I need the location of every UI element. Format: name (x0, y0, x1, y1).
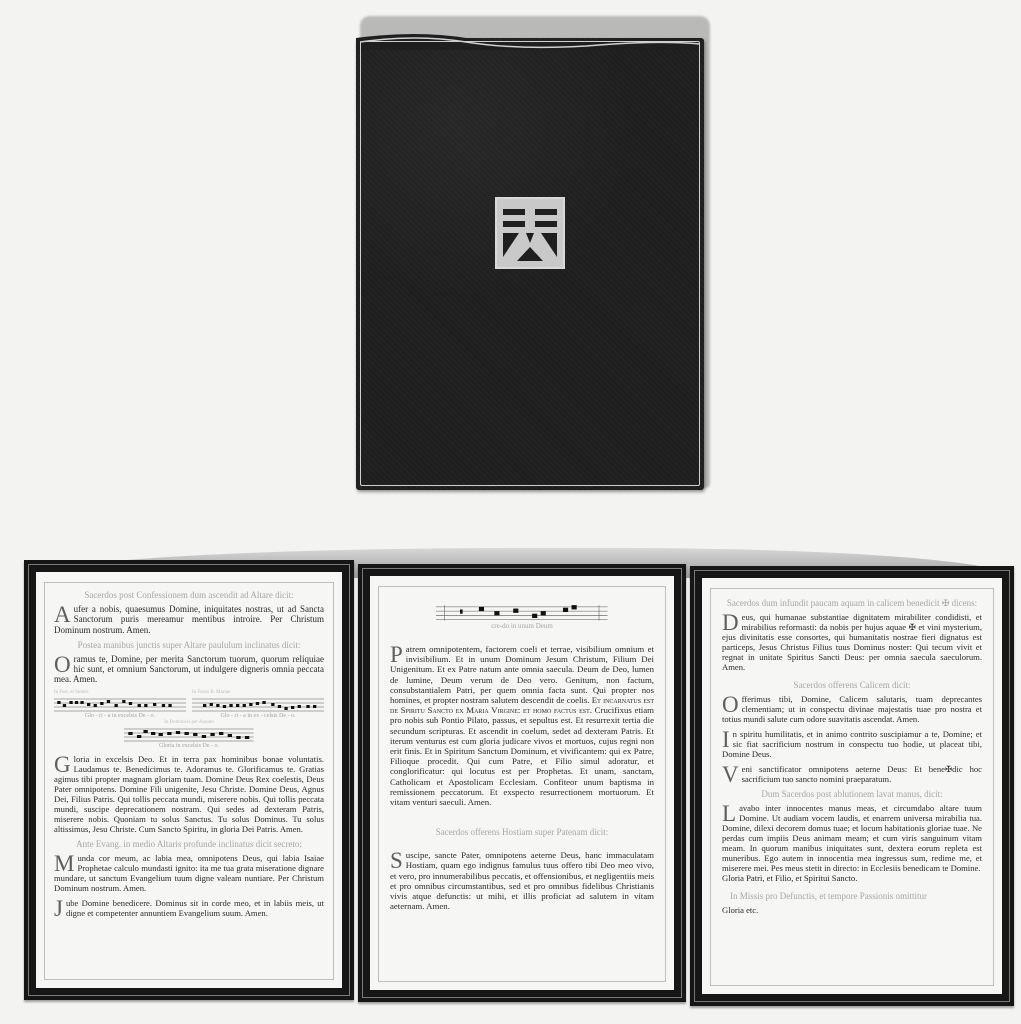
prayer-lavabo: Lavabo inter innocentes manus meas, et c… (722, 803, 982, 873)
prayer-credo: Patrem omnipotentem, factorem coeli et t… (390, 644, 654, 807)
center-panel: cre-do in unum Deum Patrem omnipotentem,… (358, 564, 686, 1002)
prayer-text: ube Domine benedicere. Dominus sit in co… (66, 898, 324, 918)
drop-cap: S (390, 851, 403, 870)
prayer-in-spiritu: In spiritu humilitatis, et in animo cont… (722, 729, 982, 759)
right-altar-card: Sacerdos dum infundit paucam aquam in ca… (702, 578, 1002, 994)
closing-text: Gloria etc. (722, 905, 982, 915)
prayer-text: unda cor meum, ac labia mea, omnipotens … (54, 853, 324, 893)
prayer-jube: Jube Domine benedicere. Dominus sit in c… (54, 898, 324, 918)
prayer-text: n spiritu humilitatis, et in animo contr… (722, 729, 982, 759)
prayer-gloria: Gloria in excelsis Deo. Et in terra pax … (54, 754, 324, 834)
credo-intonation-staff (436, 602, 608, 622)
left-altar-card: Sacerdos post Confessionem dum ascendit … (36, 572, 342, 988)
chant-staff (124, 726, 254, 742)
chant-lyric: Gloria in excelsis De - o. (124, 742, 254, 750)
credo-lyric: cre-do in unum Deum (390, 622, 654, 630)
prayer-text: ufer a nobis, quaesumus Domine, iniquita… (54, 604, 324, 635)
drop-cap: M (54, 854, 74, 873)
prayer-text: ramus te, Domine, per merita Sanctorum t… (54, 654, 324, 685)
booklet-cover (356, 38, 704, 490)
chant-lyric: Glo - ri - a in ex - celsis De - o. (192, 712, 324, 720)
drop-cap: G (54, 755, 71, 774)
rubric: Sacerdos offerens Hostiam super Patenam … (390, 827, 654, 838)
drop-cap: J (54, 899, 63, 918)
chant-staff (54, 696, 186, 712)
rubric: Sacerdos dum infundit paucam aquam in ca… (722, 598, 982, 609)
left-panel: Sacerdos post Confessionem dum ascendit … (24, 560, 354, 1000)
rubric: Postea manibus junctis super Altare paul… (54, 640, 324, 651)
rubric: In Missis pro Defunctis, et tempore Pass… (722, 891, 982, 902)
center-altar-card: cre-do in unum Deum Patrem omnipotentem,… (370, 576, 674, 990)
prayer-text: loria in excelsis Deo. Et in terra pax h… (54, 754, 324, 834)
chant-gloria-marian: In Festis B. Mariae Glo - ri - a in ex -… (192, 690, 324, 720)
right-panel: Sacerdos dum infundit paucam aquam in ca… (690, 566, 1014, 1006)
prayer-text: avabo inter innocentes manus meas, et ci… (722, 803, 982, 873)
prayer-veni: Veni sanctificator omnipotens aeterne De… (722, 764, 982, 784)
prayer-text: eni sanctificator omnipotens aeterne Deu… (742, 764, 982, 784)
prayer-aufer: Aufer a nobis, quaesumus Domine, iniquit… (54, 604, 324, 635)
rubric: Ante Evang. in medio Altaris profunde in… (54, 839, 324, 850)
prayer-suscipe: Suscipe, sancte Pater, omnipotens aetern… (390, 850, 654, 911)
chant-gloria-dominical: In Dominicis per Annum Gloria in excelsi… (124, 720, 254, 750)
drop-cap: O (722, 695, 739, 714)
drop-cap: O (54, 655, 71, 674)
rubric: Sacerdos post Confessionem dum ascendit … (54, 590, 324, 601)
rubric: Dum Sacerdos post ablutionem lavat manus… (722, 789, 982, 800)
prayer-munda: Munda cor meum, ac labia mea, omnipotens… (54, 853, 324, 893)
chant-staff (192, 696, 324, 712)
prayer-text: eus, qui humanae substantiae dignitatem … (722, 612, 982, 672)
chant-row: In Fest. et Solem. Glo - ri - a in excel… (54, 690, 324, 720)
drop-cap: L (722, 804, 736, 823)
chant-gloria-feast: In Fest. et Solem. Glo - ri - a in excel… (54, 690, 186, 720)
prayer-text: Crucifixus etiam pro nobis sub Pontio Pi… (390, 705, 654, 807)
chant-lyric: Glo - ri - a in excelsis De - o. (54, 712, 186, 720)
doxology: Gloria Patri, et Filio, et Spiritui Sanc… (722, 873, 982, 883)
prayer-text: fferimus tibi, Domine, Calicem salutaris… (722, 694, 982, 724)
drop-cap: I (722, 730, 730, 749)
rubric: Sacerdos offerens Calicem dicit: (722, 680, 982, 691)
drop-cap: A (54, 605, 71, 624)
drop-cap: P (390, 645, 403, 664)
cross-and-mountains-monogram-icon (495, 197, 565, 269)
drop-cap: V (722, 765, 739, 784)
prayer-oramus: Oramus te, Domine, per merita Sanctorum … (54, 654, 324, 685)
prayer-deus-qui: Deus, qui humanae substantiae dignitatem… (722, 612, 982, 672)
prayer-offerimus: Offerimus tibi, Domine, Calicem salutari… (722, 694, 982, 724)
prayer-text: uscipe, sancte Pater, omnipotens aeterne… (390, 850, 654, 911)
drop-cap: D (722, 613, 739, 632)
